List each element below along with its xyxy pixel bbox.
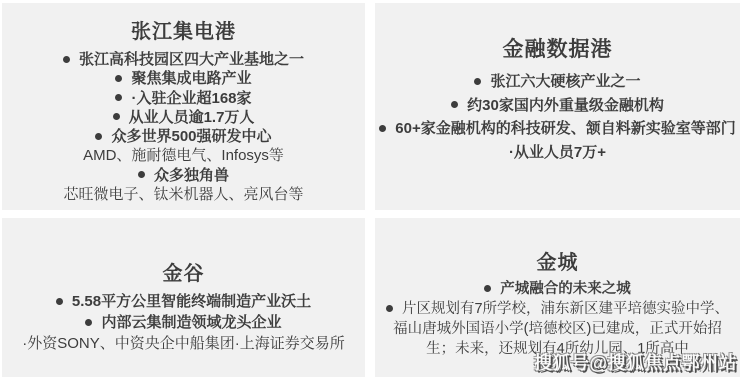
card-line-text: 众多世界500强研发中心: [111, 128, 271, 145]
bullet-icon: [113, 113, 120, 120]
card-line: AMD、施耐德电气、Infosys等: [2, 146, 365, 165]
card-line: ·从业人员7万+: [375, 141, 740, 165]
card-line: 张江六大硬核产业之一: [375, 70, 740, 94]
card-line-text: 聚焦集成电路产业: [131, 70, 251, 87]
infographic-page: 张江集电港 张江高科技园区四大产业基地之一聚焦集成电路产业·入驻企业超168家从…: [0, 0, 740, 377]
card-line-text: 张江高科技园区四大产业基地之一: [79, 51, 304, 68]
card-line-text: ·外资SONY、中资央企中船集团·上海证券交易所: [22, 335, 345, 352]
card-lines: 张江六大硬核产业之一约30家国内外重量级金融机构60+家金融机构的科技研发、颔自…: [375, 70, 740, 164]
card-line-text: AMD、施耐德电气、Infosys等: [83, 147, 284, 164]
bullet-icon: [56, 298, 63, 305]
bullet-icon: [474, 78, 481, 85]
bullet-icon: [386, 305, 393, 312]
bullet-icon: [115, 94, 122, 101]
card-line-text: 产城融合的未来之城: [500, 281, 631, 297]
watermark: 搜狐号@搜狐焦点鄂州站: [534, 349, 737, 375]
bullet-icon: [484, 285, 491, 292]
bullet-icon: [451, 101, 458, 108]
card-line-text: 5.58平方公里智能终端制造产业沃土: [72, 293, 311, 310]
card-line: 众多独角兽: [2, 166, 365, 185]
bullet-icon: [63, 56, 70, 63]
card-line-text: 从业人员逾1.7万人: [129, 109, 255, 126]
card-line: 5.58平方公里智能终端制造产业沃土: [2, 291, 365, 312]
card-lines: 5.58平方公里智能终端制造产业沃土内部云集制造领域龙头企业·外资SONY、中资…: [2, 291, 365, 354]
bullet-icon: [379, 125, 386, 132]
card-line-text: 芯旺微电子、钛米机器人、亮风台等: [63, 186, 303, 203]
bullet-icon: [138, 171, 145, 178]
card-line: 约30家国内外重量级金融机构: [375, 94, 740, 118]
card-line-text: 约30家国内外重量级金融机构: [467, 97, 664, 114]
card-lines: 产城融合的未来之城片区规划有7所学校，浦东新区建平培德实验中学、福山唐城外国语小…: [375, 279, 740, 359]
card-line: 内部云集制造领域龙头企业: [2, 312, 365, 333]
card-line-text: 张江六大硬核产业之一: [490, 73, 640, 90]
card-line-text: 众多独角兽: [154, 167, 229, 184]
card-line: ·入驻企业超168家: [2, 89, 365, 108]
card-line: ·外资SONY、中资央企中船集团·上海证券交易所: [2, 333, 365, 354]
card-line: 张江高科技园区四大产业基地之一: [2, 50, 365, 69]
bullet-icon: [95, 133, 102, 140]
card-zhangjiang-ic-port: 张江集电港 张江高科技园区四大产业基地之一聚焦集成电路产业·入驻企业超168家从…: [2, 3, 365, 210]
card-jingu: 金谷 5.58平方公里智能终端制造产业沃土内部云集制造领域龙头企业·外资SONY…: [2, 218, 365, 377]
card-line-text: 60+家金融机构的科技研发、颔自料新实验室等部门: [395, 120, 735, 137]
card-title: 金融数据港: [375, 35, 740, 65]
card-line-text: ·入驻企业超168家: [131, 90, 251, 107]
card-line: 芯旺微电子、钛米机器人、亮风台等: [2, 185, 365, 204]
card-line: 60+家金融机构的科技研发、颔自料新实验室等部门: [375, 117, 740, 141]
card-line-text: 内部云集制造领域龙头企业: [101, 314, 281, 331]
card-title: 金城: [375, 249, 740, 277]
card-line: 众多世界500强研发中心: [2, 127, 365, 146]
bullet-icon: [85, 319, 92, 326]
card-financial-data-port: 金融数据港 张江六大硬核产业之一约30家国内外重量级金融机构60+家金融机构的科…: [375, 3, 740, 210]
card-line: 从业人员逾1.7万人: [2, 108, 365, 127]
card-title: 金谷: [2, 260, 365, 288]
card-lines: 张江高科技园区四大产业基地之一聚焦集成电路产业·入驻企业超168家从业人员逾1.…: [2, 50, 365, 204]
card-title: 张江集电港: [2, 19, 365, 46]
card-line-text: ·从业人员7万+: [509, 144, 606, 161]
card-line: 聚焦集成电路产业: [2, 69, 365, 88]
bullet-icon: [115, 75, 122, 82]
card-line: 产城融合的未来之城: [375, 279, 740, 299]
